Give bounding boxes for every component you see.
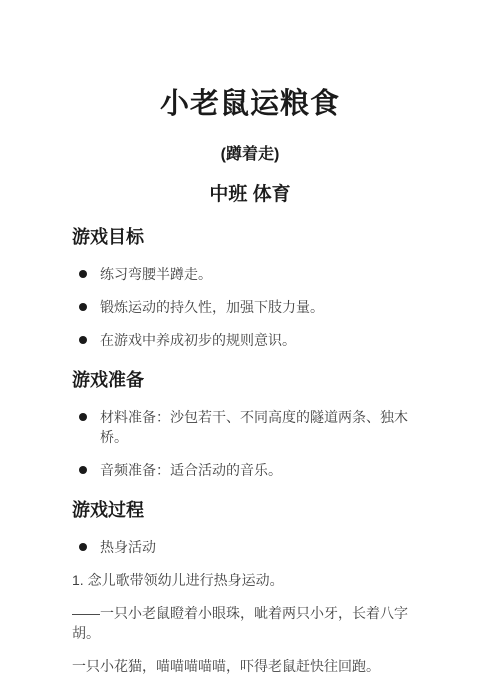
list-item-text: 练习弯腰半蹲走。 [100, 266, 212, 282]
grade-subject-label: 中班 体育 [72, 183, 428, 207]
bullet-icon [79, 336, 87, 344]
list-item: 热身活动 [72, 537, 428, 557]
game-process-list: 热身活动 [72, 537, 428, 557]
bullet-icon [79, 543, 87, 551]
bullet-icon [79, 270, 87, 278]
list-item-text: 锻炼运动的持久性，加强下肢力量。 [100, 299, 324, 315]
list-item-text: 热身活动 [100, 539, 156, 555]
paragraph: ——一只小老鼠瞪着小眼珠，呲着两只小牙，长着八字胡。 [72, 603, 428, 643]
list-item-text: 音频准备：适合活动的音乐。 [100, 462, 282, 478]
list-item: 音频准备：适合活动的音乐。 [72, 460, 428, 480]
game-goals-list: 练习弯腰半蹲走。 锻炼运动的持久性，加强下肢力量。 在游戏中养成初步的规则意识。 [72, 264, 428, 350]
paragraph: 1. 念儿歌带领幼儿进行热身运动。 [72, 570, 428, 590]
list-item: 在游戏中养成初步的规则意识。 [72, 330, 428, 350]
game-preparation-list: 材料准备：沙包若干、不同高度的隧道两条、独木桥。 音频准备：适合活动的音乐。 [72, 407, 428, 480]
section-heading-game-process: 游戏过程 [72, 499, 428, 522]
list-item-text: 在游戏中养成初步的规则意识。 [100, 332, 296, 348]
document-page: 小老鼠运粮食 (蹲着走) 中班 体育 游戏目标 练习弯腰半蹲走。 锻炼运动的持久… [0, 0, 500, 691]
list-item: 材料准备：沙包若干、不同高度的隧道两条、独木桥。 [72, 407, 428, 447]
bullet-icon [79, 303, 87, 311]
list-item-text: 材料准备：沙包若干、不同高度的隧道两条、独木桥。 [100, 409, 408, 445]
section-heading-game-goals: 游戏目标 [72, 226, 428, 249]
page-subtitle: (蹲着走) [72, 144, 428, 166]
paragraph: 一只小花猫，喵喵喵喵喵，吓得老鼠赶快往回跑。 [72, 656, 428, 676]
bullet-icon [79, 413, 87, 421]
section-heading-game-preparation: 游戏准备 [72, 369, 428, 392]
bullet-icon [79, 466, 87, 474]
list-item: 练习弯腰半蹲走。 [72, 264, 428, 284]
page-title: 小老鼠运粮食 [72, 86, 428, 122]
list-item: 锻炼运动的持久性，加强下肢力量。 [72, 297, 428, 317]
